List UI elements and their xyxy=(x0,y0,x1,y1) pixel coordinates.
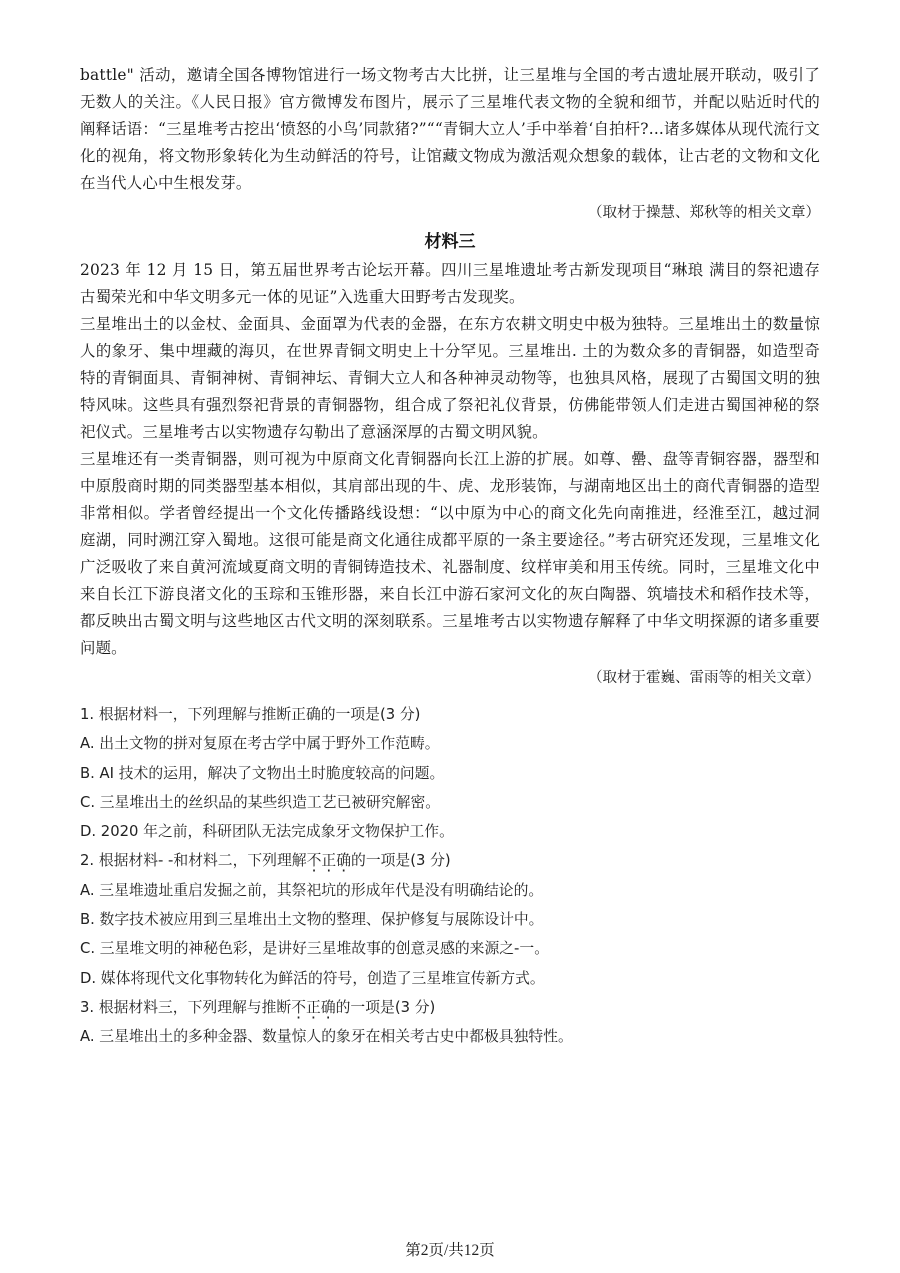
question-list: 1. 根据材料一，下列理解与推断正确的一项是(3 分) A. 出土文物的拼对复原… xyxy=(80,700,820,1052)
question-1-option-c: C. 三星堆出土的丝织品的某些织造工艺已被研究解密。 xyxy=(80,788,820,817)
question-1-option-b: B. AI 技术的运用，解决了文物出土时脆度较高的问题。 xyxy=(80,759,820,788)
question-2-option-c: C. 三星堆文明的神秘色彩，是讲好三星堆故事的创意灵感的来源之-一。 xyxy=(80,934,820,963)
question-3-emphasis: 不正确 xyxy=(291,999,335,1016)
question-1-option-d: D. 2020 年之前，科研团队无法完成象牙文物保护工作。 xyxy=(80,817,820,846)
question-2-option-a: A. 三星堆遗址重启发掘之前，其祭祀坑的形成年代是没有明确结论的。 xyxy=(80,876,820,905)
question-3-stem-text: 3. 根据材料三，下列理解与推断 xyxy=(80,999,291,1016)
emphasis-char: 正 xyxy=(306,999,321,1016)
question-2-option-b: B. 数字技术被应用到三星堆出土文物的整理、保护修复与展陈设计中。 xyxy=(80,905,820,934)
exam-page: battle" 活动，邀请全国各博物馆进行一场文物考古大比拼，让三星堆与全国的考… xyxy=(80,62,820,1052)
emphasis-char: 正 xyxy=(321,852,336,869)
material-two-source: （取材于操慧、郑秋等的相关文章） xyxy=(80,200,820,227)
page-footer: 第2页/共12页 xyxy=(0,1238,900,1260)
question-1-stem: 1. 根据材料一，下列理解与推断正确的一项是(3 分) xyxy=(80,700,820,729)
question-1-stem-text: 1. 根据材料一，下列理解与推断正确的一项是(3 分) xyxy=(80,706,420,723)
question-3-stem-tail: 的一项是(3 分) xyxy=(336,999,436,1016)
material-three-paragraph-3: 三星堆还有一类青铜器，则可视为中原商文化青铜器向长江上游的扩展。如尊、罍、盘等青… xyxy=(80,446,820,662)
material-three-title: 材料三 xyxy=(80,227,820,257)
material-three-source: （取材于霍巍、雷雨等的相关文章） xyxy=(80,665,820,692)
question-2-stem-tail: 的一项是(3 分) xyxy=(351,852,451,869)
emphasis-char: 不 xyxy=(307,852,322,869)
emphasis-char: 确 xyxy=(321,999,336,1016)
material-three-paragraph-1: 2023 年 12 月 15 日，第五届世界考古论坛开幕。四川三星堆遗址考古新发… xyxy=(80,257,820,311)
material-two-paragraph: battle" 活动，邀请全国各博物馆进行一场文物考古大比拼，让三星堆与全国的考… xyxy=(80,62,820,197)
material-three-paragraph-2: 三星堆出土的以金杖、金面具、金面罩为代表的金器，在东方农耕文明史中极为独特。三星… xyxy=(80,311,820,446)
emphasis-char: 不 xyxy=(291,999,306,1016)
question-2-emphasis: 不正确 xyxy=(307,852,351,869)
question-3-option-a: A. 三星堆出土的多种金器、数量惊人的象牙在相关考古史中都极具独特性。 xyxy=(80,1022,820,1051)
question-2-stem-text: 2. 根据材料- -和材料二，下列理解 xyxy=(80,852,307,869)
question-2-option-d: D. 媒体将现代文化事物转化为鲜活的符号，创造了三星堆宣传新方式。 xyxy=(80,964,820,993)
page-indicator: 第2页/共12页 xyxy=(405,1242,495,1259)
question-3-stem: 3. 根据材料三，下列理解与推断不正确的一项是(3 分) xyxy=(80,993,820,1022)
emphasis-char: 确 xyxy=(336,852,351,869)
question-2-stem: 2. 根据材料- -和材料二，下列理解不正确的一项是(3 分) xyxy=(80,846,820,875)
question-1-option-a: A. 出土文物的拼对复原在考古学中属于野外工作范畴。 xyxy=(80,729,820,758)
